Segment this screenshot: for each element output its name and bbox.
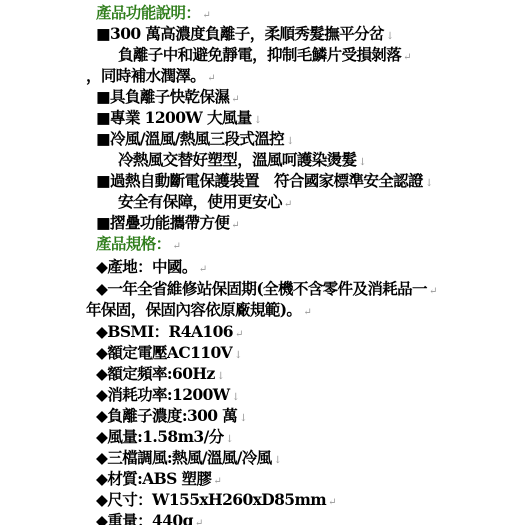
features-heading: 產品功能說明：↵ [96,2,210,23]
line-break-icon: ↓ [217,371,225,382]
spec-text: ◆三檔調風:熱風/溫風/冷風 [96,448,272,467]
spec-text: ◆額定頻率:60Hz [96,364,215,383]
feature-line: ，同時補水潤澤。↵ [86,65,215,86]
feature-text: ■300 萬高濃度負離子，柔順秀髮撫平分岔 [96,24,384,43]
spec-line: ◆額定電壓AC110V↓ [96,342,242,363]
line-break-icon: ↓ [232,392,240,403]
spec-line: ◆BSMI：R4A106↵ [96,321,243,342]
spec-line: ◆一年全省維修站保固期(全機不含零件及消耗品一↵ [96,278,437,299]
paragraph-mark-icon: ↵ [231,94,239,105]
line-break-icon: ↓ [239,413,247,424]
spec-text: ◆消耗功率:1200W [96,385,230,404]
paragraph-mark-icon: ↵ [173,241,181,252]
feature-line: 冷熱風交替好塑型，溫風呵護染燙髮↓ [118,149,366,170]
spec-line: ◆尺寸：W155xH260xD85mm↵ [96,489,336,510]
spec-line: ◆負離子濃度:300 萬↓ [96,405,247,426]
line-break-icon: ↓ [286,136,294,147]
feature-line: ■冷風/溫風/熱風三段式溫控↓ [96,128,294,149]
feature-line: ■摺疊功能攜帶方便↵ [96,212,239,233]
feature-text: 冷熱風交替好塑型，溫風呵護染燙髮 [118,150,356,169]
feature-text: ■專業 1200W 大風量 [96,108,252,127]
paragraph-mark-icon: ↵ [235,329,243,340]
spec-text: ◆材質:ABS 塑膠 [96,469,211,488]
spec-text: ◆一年全省維修站保固期(全機不含零件及消耗品一 [96,279,427,298]
paragraph-mark-icon: ↵ [207,73,215,84]
spec-text: ◆產地：中國。 [96,257,197,276]
feature-text: ■具負離子快乾保濕 [96,87,229,106]
spec-text: ◆負離子濃度:300 萬 [96,406,237,425]
paragraph-mark-icon: ↵ [303,307,311,318]
line-break-icon: ↓ [358,157,366,168]
spec-line: ◆額定頻率:60Hz↓ [96,363,224,384]
spec-line: ◆消耗功率:1200W↓ [96,384,239,405]
feature-line: 安全有保障，使用更安心↵ [118,191,292,212]
spec-line: ◆材質:ABS 塑膠↵ [96,468,221,489]
spec-text: ◆風量:1.58m3/分 [96,427,224,446]
feature-line: ■具負離子快乾保濕↵ [96,86,239,107]
feature-line: ■300 萬高濃度負離子，柔順秀髮撫平分岔↓ [96,23,394,44]
paragraph-mark-icon: ↵ [231,220,239,231]
feature-text: 負離子中和避免靜電，抑制毛鱗片受損剝落 [118,45,401,64]
feature-line: ■專業 1200W 大風量↓ [96,107,261,128]
spec-text: ◆BSMI：R4A106 [96,322,233,341]
spec-line: 年保固，保固內容依原廠規範)。↵ [86,299,311,320]
paragraph-mark-icon: ↵ [195,518,203,525]
line-break-icon: ↓ [254,115,262,126]
paragraph-mark-icon: ↵ [284,199,292,210]
paragraph-mark-icon: ↵ [199,264,207,275]
spec-text: 年保固，保固內容依原廠規範)。 [86,300,301,319]
feature-line: 負離子中和避免靜電，抑制毛鱗片受損剝落↵ [118,44,411,65]
line-break-icon: ↓ [234,350,242,361]
feature-line: ■過熱自動斷電保護裝置 符合國家標準安全認證↓ [96,170,433,191]
feature-text: 安全有保障，使用更安心 [118,192,282,211]
feature-text: ，同時補水潤澤。 [86,66,205,85]
spec-line: ◆風量:1.58m3/分↓ [96,426,233,447]
line-break-icon: ↓ [274,455,282,466]
paragraph-mark-icon: ↵ [328,497,336,508]
feature-text: ■冷風/溫風/熱風三段式溫控 [96,129,284,148]
paragraph-mark-icon: ↵ [429,286,437,297]
spec-text: ◆尺寸：W155xH260xD85mm [96,490,326,509]
spec-text: ◆額定電壓AC110V [96,343,232,362]
spec-line: ◆產地：中國。↵ [96,256,207,277]
heading-text: 產品規格： [96,234,171,253]
paragraph-mark-icon: ↵ [403,52,411,63]
line-break-icon: ↓ [226,434,234,445]
spec-line: ◆重量：440g↵ [96,510,203,525]
feature-text: ■摺疊功能攜帶方便 [96,213,229,232]
feature-text: ■過熱自動斷電保護裝置 符合國家標準安全認證 [96,171,423,190]
specs-heading: 產品規格：↵ [96,233,180,254]
spec-text: ◆重量：440g [96,511,193,525]
line-break-icon: ↓ [386,31,394,42]
heading-text: 產品功能說明： [96,3,200,22]
spec-line: ◆三檔調風:熱風/溫風/冷風↓ [96,447,281,468]
paragraph-mark-icon: ↵ [213,476,221,487]
line-break-icon: ↓ [425,178,433,189]
paragraph-mark-icon: ↵ [202,10,210,21]
